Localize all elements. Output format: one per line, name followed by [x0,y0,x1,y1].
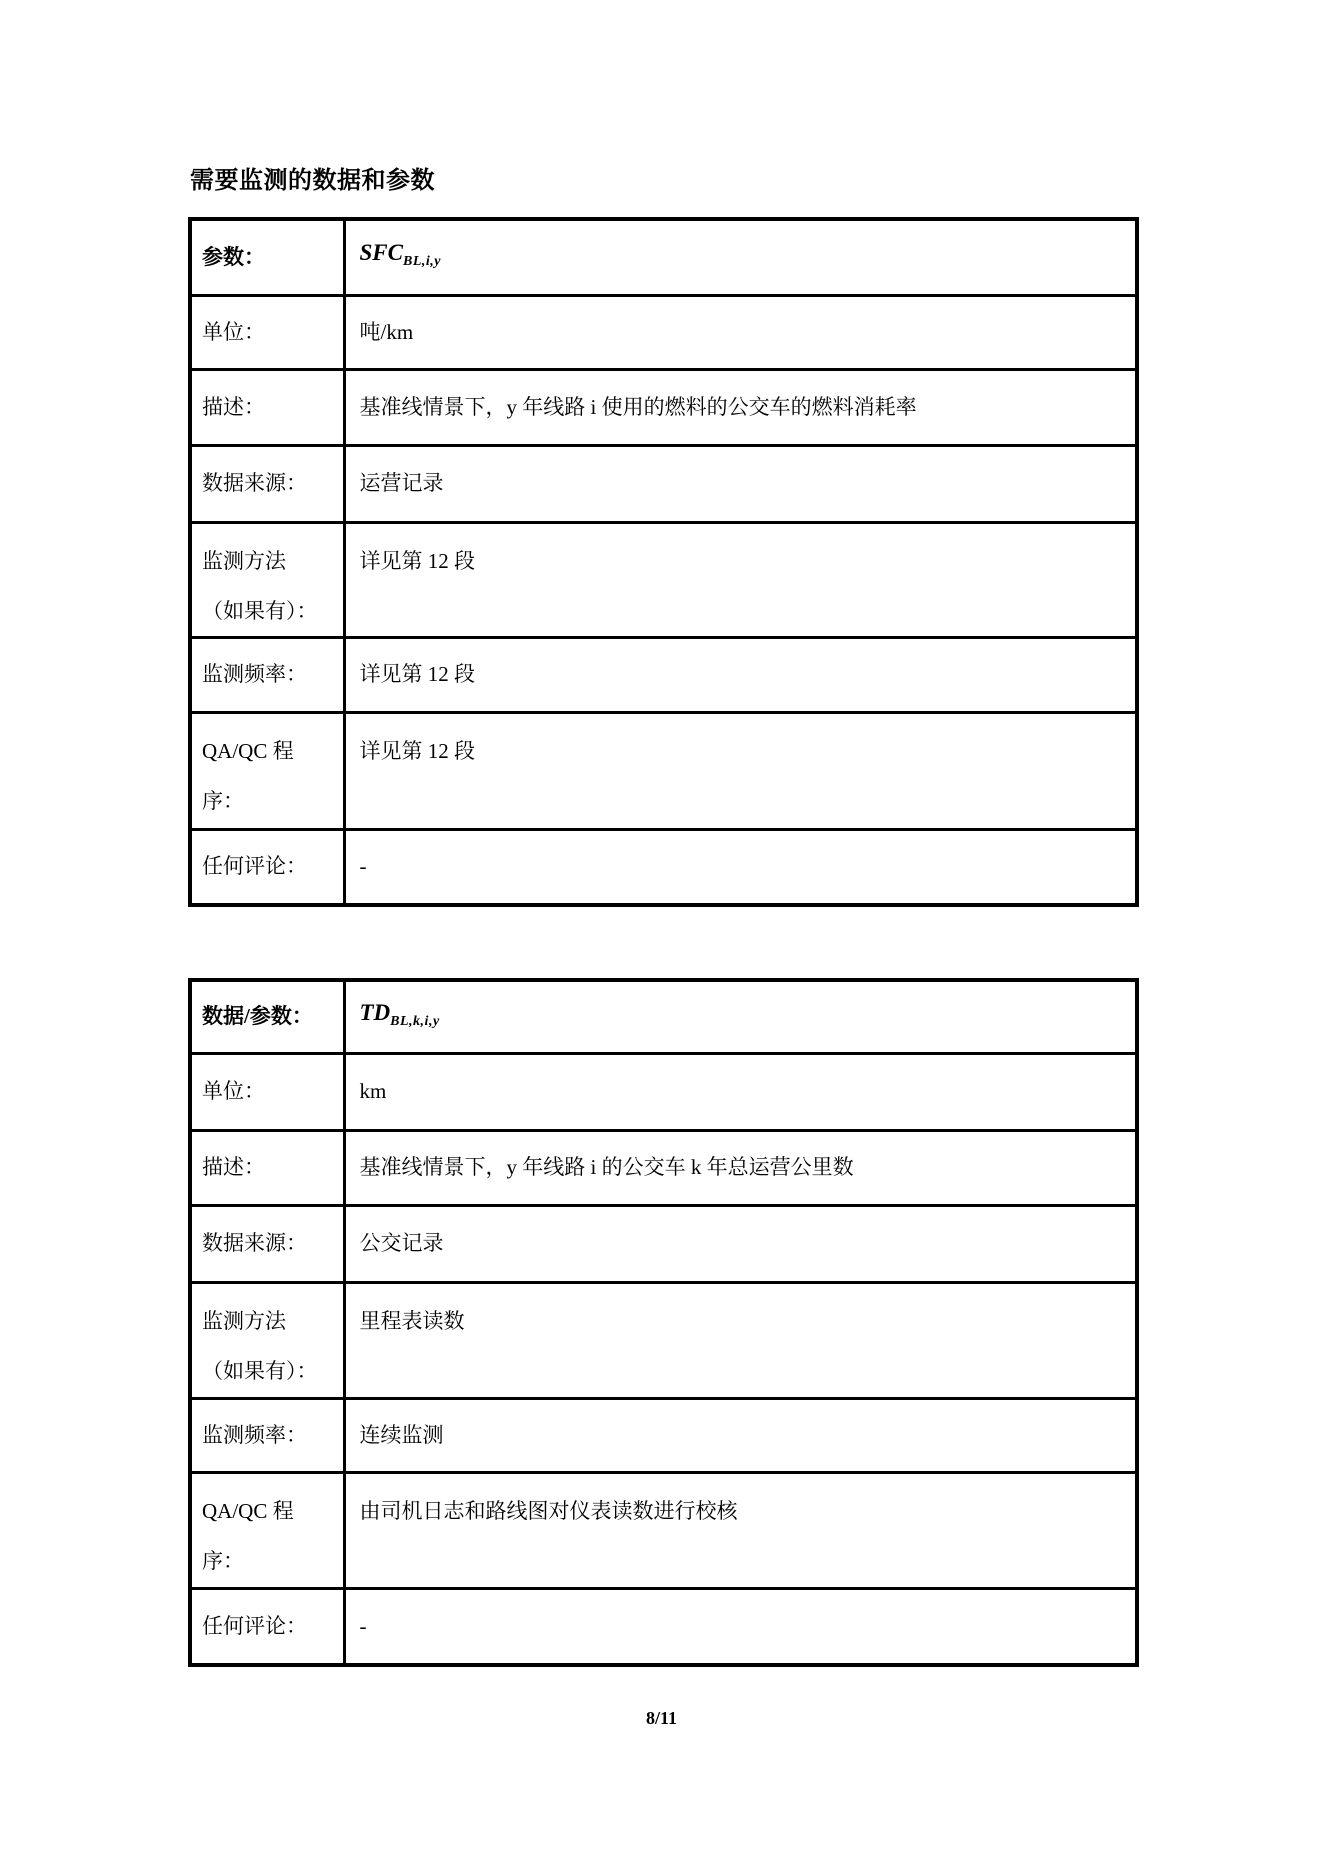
parameter-symbol: SFC [360,240,403,265]
row-label-comments: 任何评论： [190,1588,344,1665]
parameter-symbol: TD [360,1000,391,1025]
table-row: 数据/参数： TDBL,k,i,y [190,980,1137,1053]
row-label-comments: 任何评论： [190,829,344,905]
parameter-symbol-cell: TDBL,k,i,y [344,980,1137,1053]
row-label-monitoring-method: 监测方法 （如果有）： [190,522,344,637]
table-row: 任何评论： - [190,829,1137,905]
parameter-table-sfc: 参数： SFCBL,i,y 单位： 吨/km 描述： 基准线情景下，y 年线路 … [188,217,1139,907]
table-row: 监测频率： 连续监测 [190,1398,1137,1472]
description-value: 基准线情景下，y 年线路 i 使用的燃料的公交车的燃料消耗率 [344,369,1137,445]
table-row: 数据来源： 运营记录 [190,445,1137,522]
table-row: 监测方法 （如果有）： 里程表读数 [190,1282,1137,1398]
qaqc-value: 由司机日志和路线图对仪表读数进行校核 [344,1472,1137,1588]
parameter-table-td: 数据/参数： TDBL,k,i,y 单位： km 描述： 基准线情景下，y 年线… [188,978,1139,1667]
table-row: 任何评论： - [190,1588,1137,1665]
row-label-monitoring-method: 监测方法 （如果有）： [190,1282,344,1398]
row-label-monitoring-frequency: 监测频率： [190,1398,344,1472]
table-row: 单位： km [190,1053,1137,1130]
monitoring-frequency-value: 详见第 12 段 [344,637,1137,712]
table-row: 单位： 吨/km [190,295,1137,369]
parameter-subscript: BL,k,i,y [390,1014,440,1029]
page-number: 8/11 [0,1708,1323,1729]
data-source-value: 运营记录 [344,445,1137,522]
table-row: QA/QC 程 序： 由司机日志和路线图对仪表读数进行校核 [190,1472,1137,1588]
table-row: 监测频率： 详见第 12 段 [190,637,1137,712]
document-page: { "page": { "title": "需要监测的数据和参数", "foot… [0,0,1323,1871]
comments-value: - [344,1588,1137,1665]
monitoring-method-value: 详见第 12 段 [344,522,1137,637]
row-label-qaqc: QA/QC 程 序： [190,712,344,829]
row-label-data-source: 数据来源： [190,445,344,522]
table-row: QA/QC 程 序： 详见第 12 段 [190,712,1137,829]
parameter-symbol-cell: SFCBL,i,y [344,219,1137,295]
row-label-unit: 单位： [190,1053,344,1130]
row-label-monitoring-frequency: 监测频率： [190,637,344,712]
page-title: 需要监测的数据和参数 [190,160,435,195]
row-label-description: 描述： [190,369,344,445]
monitoring-method-value: 里程表读数 [344,1282,1137,1398]
table-row: 参数： SFCBL,i,y [190,219,1137,295]
qaqc-value: 详见第 12 段 [344,712,1137,829]
comments-value: - [344,829,1137,905]
table-row: 数据来源： 公交记录 [190,1205,1137,1282]
row-label-unit: 单位： [190,295,344,369]
row-label-description: 描述： [190,1130,344,1205]
data-source-value: 公交记录 [344,1205,1137,1282]
row-label-parameter: 参数： [190,219,344,295]
table-row: 描述： 基准线情景下，y 年线路 i 的公交车 k 年总运营公里数 [190,1130,1137,1205]
monitoring-frequency-value: 连续监测 [344,1398,1137,1472]
row-label-qaqc: QA/QC 程 序： [190,1472,344,1588]
unit-value: 吨/km [344,295,1137,369]
description-value: 基准线情景下，y 年线路 i 的公交车 k 年总运营公里数 [344,1130,1137,1205]
row-label-data-source: 数据来源： [190,1205,344,1282]
unit-value: km [344,1053,1137,1130]
row-label-data-parameter: 数据/参数： [190,980,344,1053]
table-row: 描述： 基准线情景下，y 年线路 i 使用的燃料的公交车的燃料消耗率 [190,369,1137,445]
parameter-subscript: BL,i,y [403,254,441,269]
table-row: 监测方法 （如果有）： 详见第 12 段 [190,522,1137,637]
